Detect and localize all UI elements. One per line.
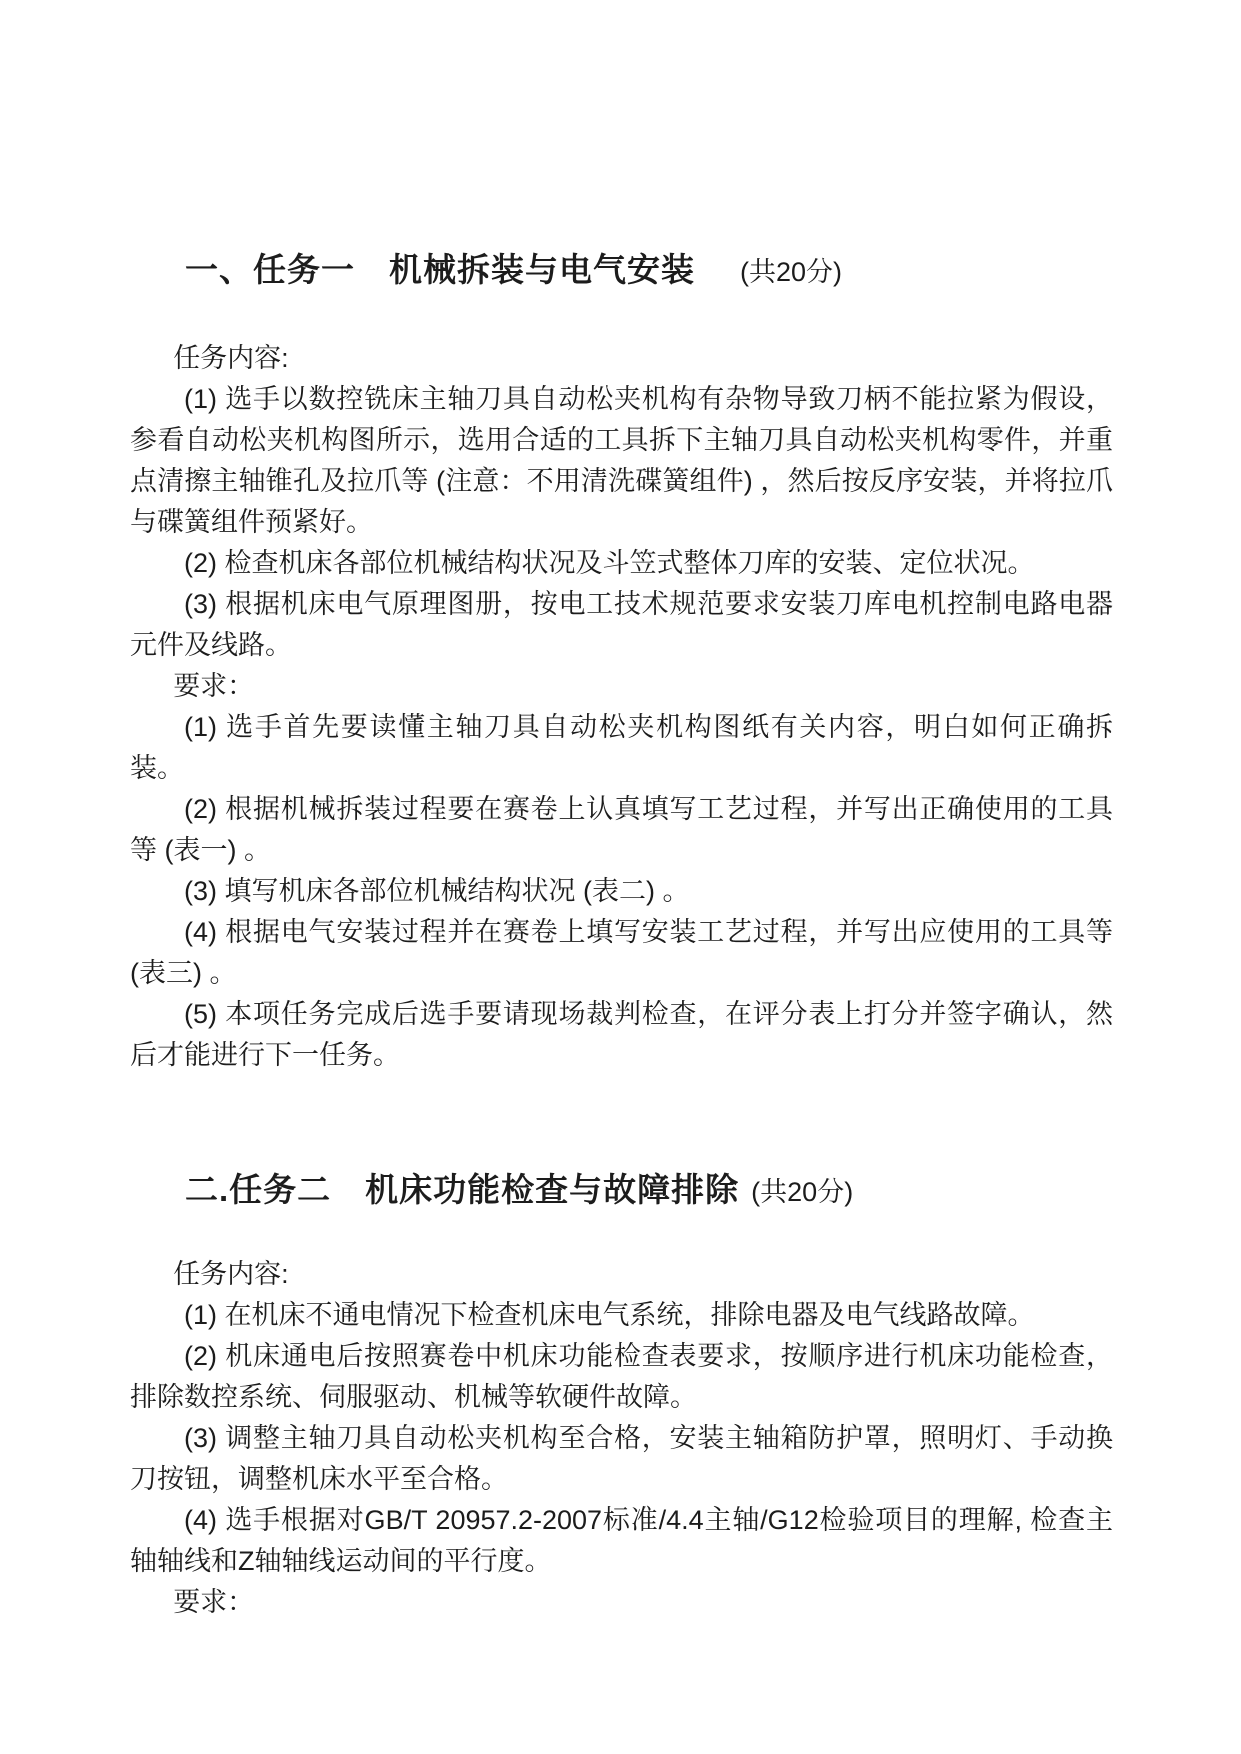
task1-body: 任务内容: (1) 选手以数控铣床主轴刀具自动松夹机构有杂物导致刀柄不能拉紧为假… <box>130 338 1113 1076</box>
task2-score: (共20分) <box>751 1177 853 1207</box>
task2-requirements-label: 要求： <box>130 1582 1113 1623</box>
task1-content-label: 任务内容: <box>130 338 1113 379</box>
task1-content-item-3: (3) 根据机床电气原理图册，按电工技术规范要求安装刀库电机控制电路电器元件及线… <box>130 584 1113 666</box>
task1-requirement-item-1: (1) 选手首先要读懂主轴刀具自动松夹机构图纸有关内容，明白如何正确拆装。 <box>130 707 1113 789</box>
task2-body: 任务内容: (1) 在机床不通电情况下检查机床电气系统，排除电器及电气线路故障。… <box>130 1254 1113 1623</box>
task1-requirements-label: 要求： <box>130 666 1113 707</box>
task2-content-item-3: (3) 调整主轴刀具自动松夹机构至合格，安装主轴箱防护罩，照明灯、手动换刀按钮，… <box>130 1418 1113 1500</box>
task1-requirement-item-2: (2) 根据机械拆装过程要在赛卷上认真填写工艺过程，并写出正确使用的工具等 (表… <box>130 789 1113 871</box>
task2-content-item-2: (2) 机床通电后按照赛卷中机床功能检查表要求，按顺序进行机床功能检查，排除数控… <box>130 1336 1113 1418</box>
task2-heading: 二.任务二 机床功能检查与故障排除(共20分) <box>185 1170 1113 1212</box>
task1-requirement-item-4: (4) 根据电气安装过程并在赛卷上填写安装工艺过程，并写出应使用的工具等 (表三… <box>130 912 1113 994</box>
task1-content-item-2: (2) 检查机床各部位机械结构状况及斗笠式整体刀库的安装、定位状况。 <box>130 543 1113 584</box>
task1-requirement-item-5: (5) 本项任务完成后选手要请现场裁判检查，在评分表上打分并签字确认，然后才能进… <box>130 994 1113 1076</box>
document-page: 一、任务一 机械拆装与电气安装(共20分) 任务内容: (1) 选手以数控铣床主… <box>0 0 1241 1754</box>
task2-heading-text: 二.任务二 机床功能检查与故障排除 <box>185 1171 739 1208</box>
task2-content-item-1: (1) 在机床不通电情况下检查机床电气系统，排除电器及电气线路故障。 <box>130 1295 1113 1336</box>
document-content: 一、任务一 机械拆装与电气安装(共20分) 任务内容: (1) 选手以数控铣床主… <box>0 0 1241 1623</box>
task2-content-label: 任务内容: <box>130 1254 1113 1295</box>
task1-content-item-1: (1) 选手以数控铣床主轴刀具自动松夹机构有杂物导致刀柄不能拉紧为假设，参看自动… <box>130 379 1113 543</box>
task2-content-item-4: (4) 选手根据对GB/T 20957.2-2007标准/4.4主轴/G12检验… <box>130 1500 1113 1582</box>
task1-score: (共20分) <box>740 257 842 287</box>
task1-heading-text: 一、任务一 机械拆装与电气安装 <box>185 251 695 288</box>
task1-requirement-item-3: (3) 填写机床各部位机械结构状况 (表二) 。 <box>130 871 1113 912</box>
task1-heading: 一、任务一 机械拆装与电气安装(共20分) <box>185 250 1113 292</box>
